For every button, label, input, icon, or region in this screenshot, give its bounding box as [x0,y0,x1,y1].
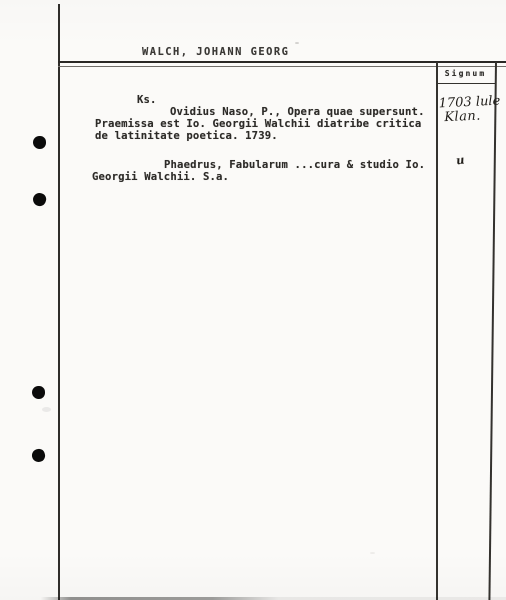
entry2-line2: Georgii Walchii. S.a. [92,172,229,183]
scan-artifact [295,42,299,44]
punch-hole [33,136,46,149]
scan-artifact [42,407,51,412]
author-heading: WALCH, JOHANN GEORG [142,46,289,58]
signum-column-header: Signum [436,69,495,78]
signum-column-left-rule [436,62,438,600]
punch-hole [32,386,45,399]
entry1-line2: Praemissa est Io. Georgii Walchii diatri… [95,119,421,130]
catalog-card-scan: WALCH, JOHANN GEORG Signum Ks. Ovidius N… [0,0,506,600]
punch-hole [31,191,48,208]
punch-hole [31,448,47,464]
left-margin-rule [58,4,60,600]
entry1-line3: de latinitate poetica. 1739. [95,131,278,142]
header-rule-thin [58,66,506,67]
entry-section-label: Ks. [137,95,157,106]
entry2-line1: Phaedrus, Fabularum ...cura & studio Io. [164,160,425,171]
signum-column-right-rule [488,62,496,600]
signum-handwritten-note: 1703 lule Klan. [438,95,501,126]
signum-header-underline [436,83,496,84]
entry1-line1: Ovidius Naso, P., Opera quae supersunt. [170,107,425,118]
header-rule-thick [58,61,506,63]
scan-artifact [370,552,375,554]
signum-note-line2: Klan. [444,109,501,125]
signum-ditto-mark: u [455,152,465,167]
